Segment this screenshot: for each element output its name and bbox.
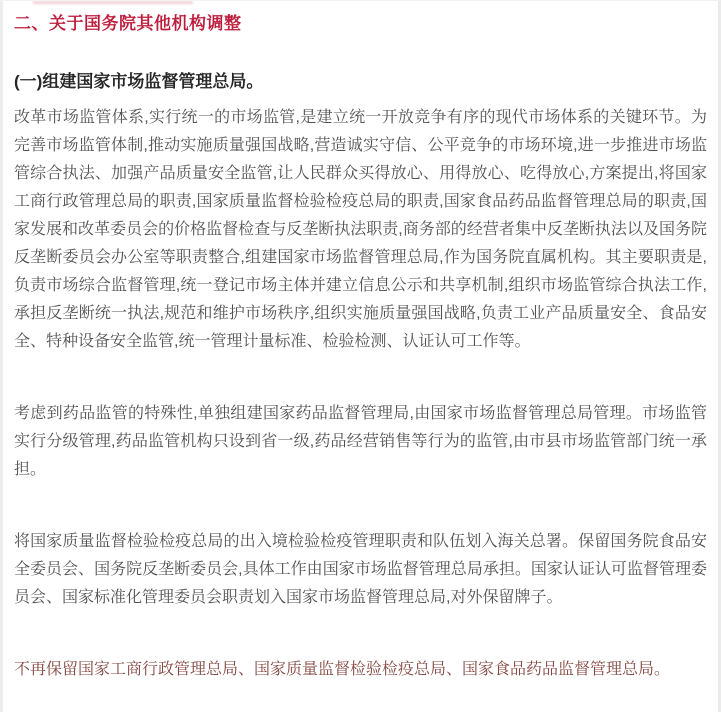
cropped-text-remnant [33, 1, 193, 4]
sub-heading: (一)组建国家市场监督管理总局。 [14, 73, 707, 91]
section-heading: 二、关于国务院其他机构调整 [14, 1, 707, 34]
paragraph-abolished-agencies-emphasis: 不再保留国家工商行政管理总局、国家质量监督检验检疫总局、国家食品药品监督管理总局… [14, 656, 707, 684]
paragraph-market-regulation-reform: 改革市场监管体系,实行统一的市场监管,是建立统一开放竞争有序的现代市场体系的关键… [14, 104, 707, 356]
paragraph-quarantine-customs-transfer: 将国家质量监督检验检疫总局的出入境检验检疫管理职责和队伍划入海关总署。保留国务院… [14, 528, 707, 612]
article-page: 二、关于国务院其他机构调整 (一)组建国家市场监督管理总局。 改革市场监管体系,… [0, 0, 721, 712]
paragraph-drug-administration: 考虑到药品监管的特殊性,单独组建国家药品监督管理局,由国家市场监督管理总局管理。… [14, 400, 707, 484]
